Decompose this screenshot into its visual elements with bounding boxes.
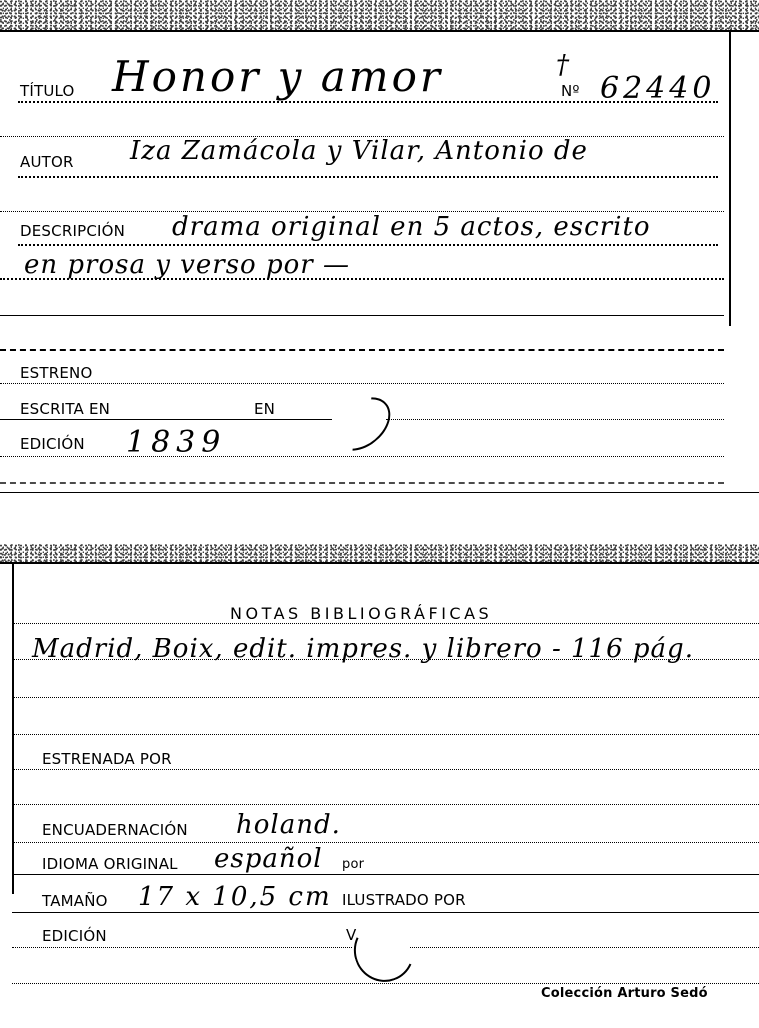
edicion-line <box>0 456 724 457</box>
estreno-line <box>0 383 724 384</box>
notas-heading: NOTAS BIBLIOGRÁFICAS <box>230 606 492 622</box>
titulo-value: Honor y amor <box>112 56 443 98</box>
idioma-original-label: IDIOMA ORIGINAL <box>42 857 178 872</box>
descripcion-label: DESCRIPCIÓN <box>20 224 125 239</box>
card-bottom-edge-texture <box>0 544 759 564</box>
rule <box>12 697 759 698</box>
rule <box>12 804 759 805</box>
edicion-bottom-line <box>12 947 352 948</box>
card-top-edge-texture <box>0 0 759 32</box>
numero-value: 62440 <box>600 74 715 104</box>
tamano-label: TAMAÑO <box>42 894 108 909</box>
rule <box>12 734 759 735</box>
estrenada-por-line <box>12 769 759 770</box>
card-top-right-border <box>729 32 731 326</box>
tamano-value: 17 x 10,5 cm <box>138 884 332 910</box>
notas-line <box>12 623 759 624</box>
descripcion-line2 <box>0 278 724 280</box>
escrita-en-en-label: EN <box>254 402 275 417</box>
escrita-en-line <box>0 419 332 420</box>
titulo-label: TÍTULO <box>20 84 75 99</box>
punch-hole-mark <box>345 912 423 991</box>
dagger-mark: † <box>556 52 570 78</box>
edicion-label: EDICIÓN <box>20 437 85 452</box>
autor-value: Iza Zamácola y Vilar, Antonio de <box>130 138 588 164</box>
descripcion-value-line2: en prosa y verso por — <box>24 252 350 278</box>
rule <box>0 482 724 484</box>
rule <box>0 349 724 351</box>
edicion-bottom-label: EDICIÓN <box>42 929 107 944</box>
card-bottom-left-border <box>12 564 14 894</box>
edicion-bottom-line-right <box>410 947 759 948</box>
encuadernacion-label: ENCUADERNACIÓN <box>42 823 188 838</box>
ilustrado-por-label: ILUSTRADO POR <box>342 893 466 908</box>
autor-line <box>18 176 718 178</box>
punch-hole-mark <box>323 387 400 462</box>
escrita-en-line-right <box>386 419 724 420</box>
idioma-original-line <box>12 874 759 875</box>
encuadernacion-line <box>12 842 759 843</box>
collection-footer: Colección Arturo Sedó <box>541 987 708 1000</box>
estrenada-por-label: ESTRENADA POR <box>42 752 172 767</box>
encuadernacion-value: holand. <box>236 812 341 838</box>
descripcion-line1 <box>18 244 718 246</box>
estreno-label: ESTRENO <box>20 366 93 381</box>
card-top-bottom-edge <box>0 492 759 493</box>
autor-label: AUTOR <box>20 155 74 170</box>
idioma-original-value: español <box>214 846 323 872</box>
rule <box>0 315 724 316</box>
titulo-line <box>18 101 718 103</box>
edicion-value: 1839 <box>126 428 226 458</box>
tamano-line <box>12 912 759 913</box>
descripcion-value-line1: drama original en 5 actos, escrito <box>172 214 651 240</box>
escrita-en-label: ESCRITA EN <box>20 402 110 417</box>
notas-value-line <box>12 659 759 660</box>
idioma-original-por-label: por <box>342 858 364 871</box>
numero-label: Nº <box>561 84 580 99</box>
rule <box>12 983 759 984</box>
